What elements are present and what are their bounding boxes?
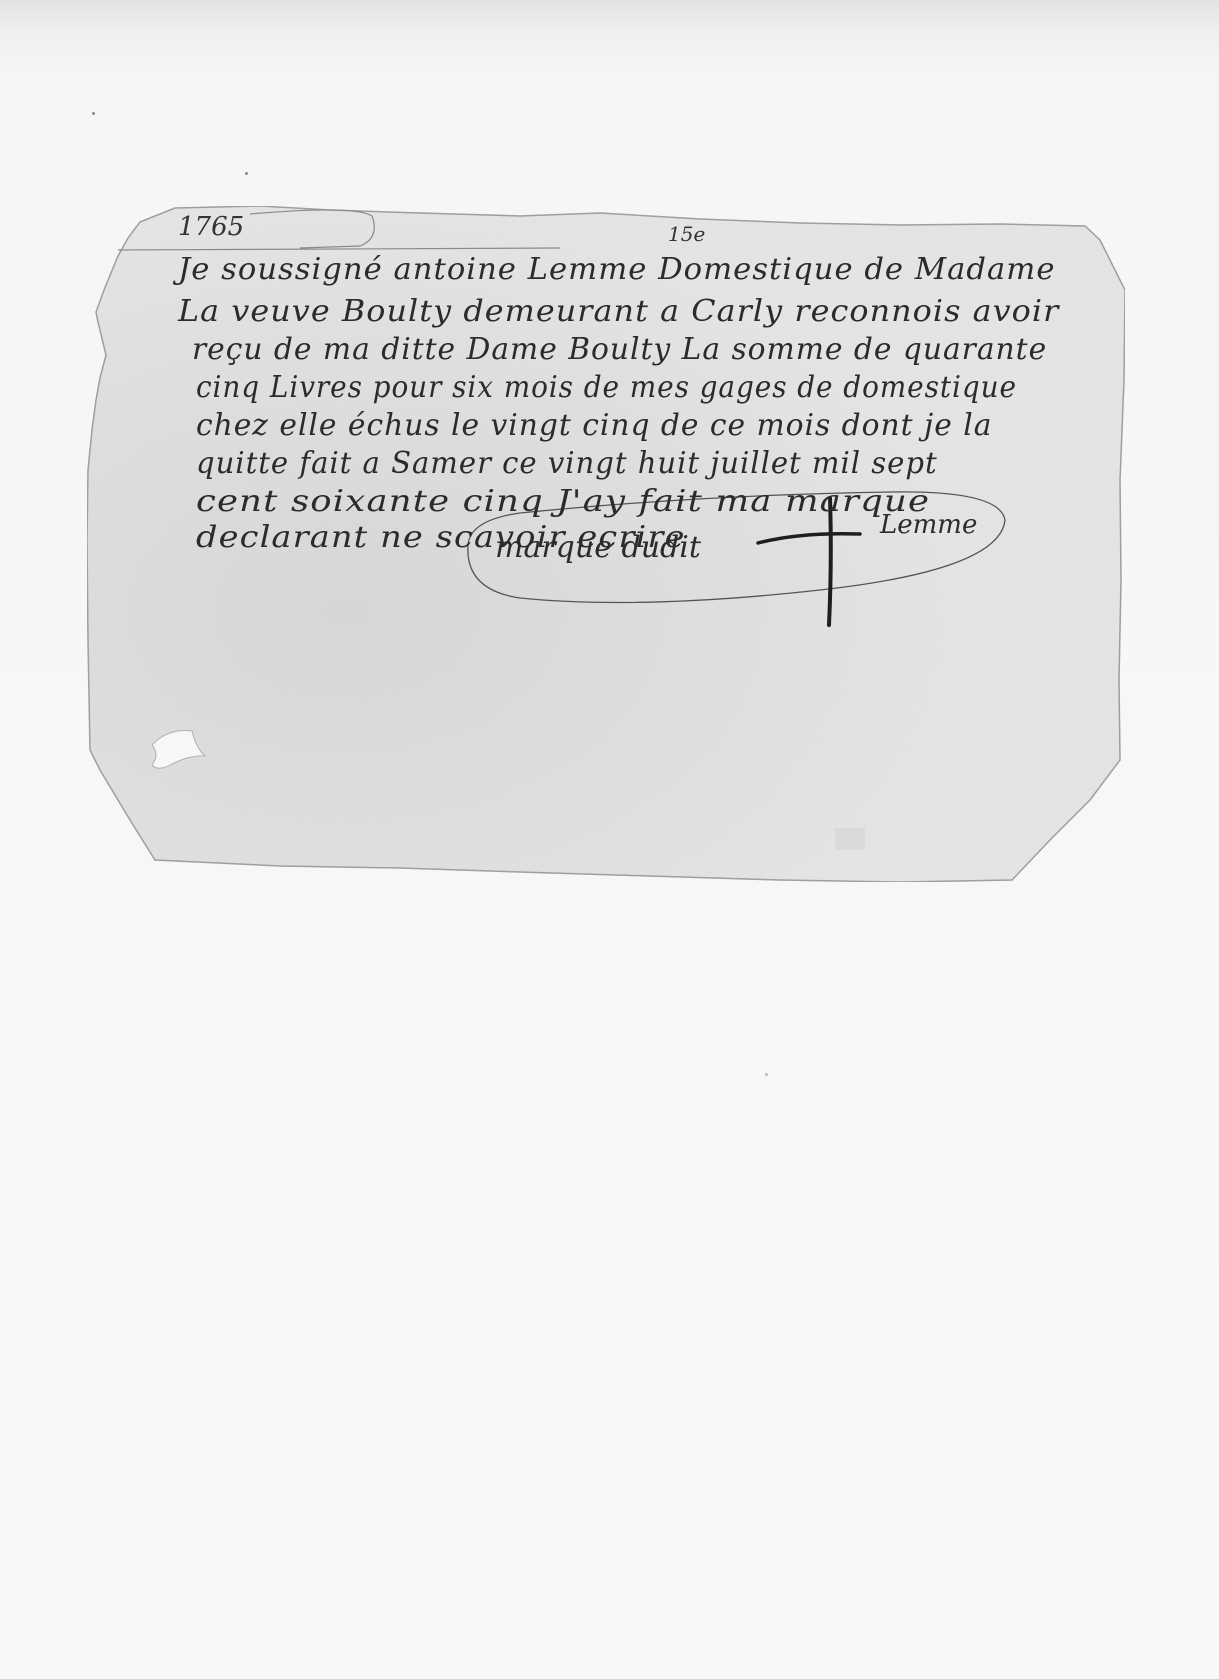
text-line-4: cinq Livres pour six mois de mes gages d… [196, 370, 1017, 405]
folio-annotation: 15e [668, 222, 705, 246]
text-line-7: cent soixante cinq J'ay fait ma marque [196, 484, 930, 519]
dust-speck [765, 1073, 768, 1076]
text-line-2: La veuve Boulty demeurant a Carly reconn… [178, 294, 1059, 329]
year-annotation: 1765 [178, 212, 244, 242]
text-line-5: chez elle échus le vingt cinq de ce mois… [196, 408, 992, 443]
text-line-1: Je soussigné antoine Lemme Domestique de… [178, 252, 1055, 287]
dust-speck [245, 172, 248, 175]
signature-name: Lemme [880, 510, 977, 540]
signature-label: marque dudit [495, 530, 701, 565]
text-line-3: reçu de ma ditte Dame Boulty La somme de… [192, 332, 1047, 367]
text-line-6: quitte fait a Samer ce vingt huit juille… [196, 446, 938, 481]
dust-speck [92, 112, 95, 115]
